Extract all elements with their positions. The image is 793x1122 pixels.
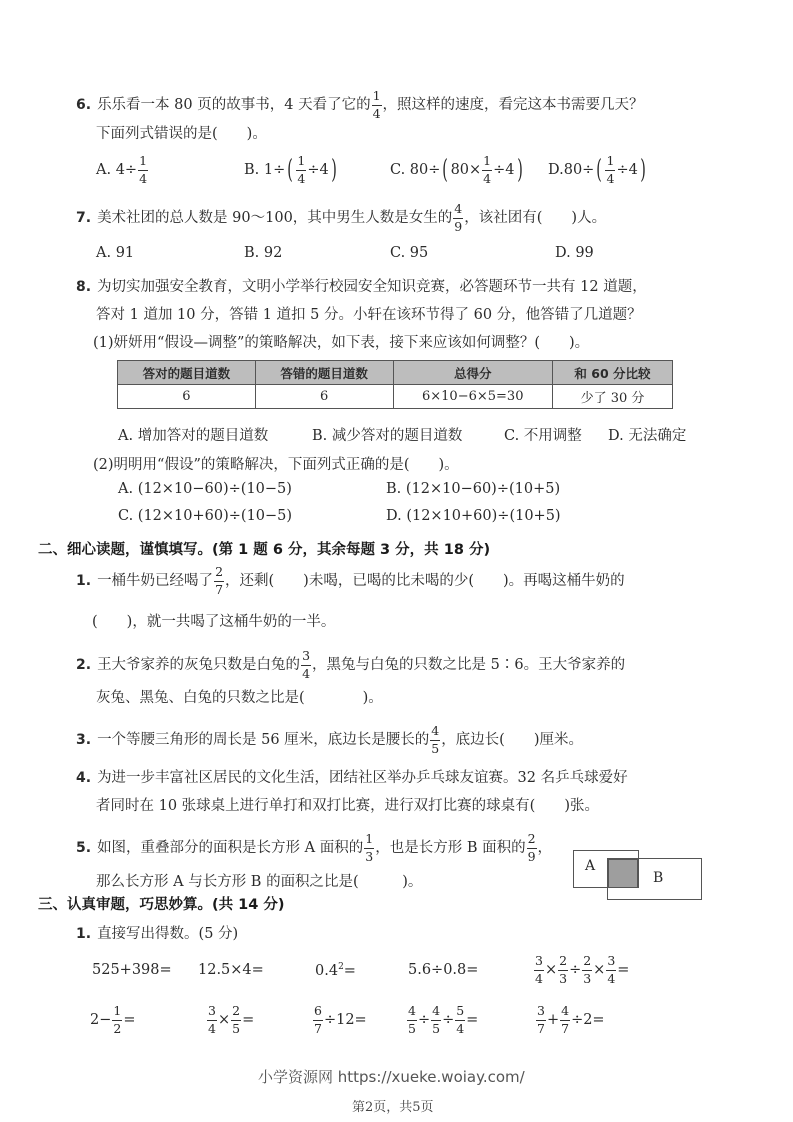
table-header: 答错的题目道数 [255, 361, 393, 385]
q6-option-d: D.80÷(14÷4) [548, 155, 648, 185]
s2-question-2-line2: 灰兔、黑兔、白兔的只数之比是( )。 [96, 686, 383, 707]
calc-item: 5.6÷0.8= [408, 962, 478, 978]
q8-sub2-option-d: D. (12×10+60)÷(10+5) [386, 508, 561, 524]
s2-question-5-line2: 那么长方形 A 与长方形 B 的面积之比是( )。 [96, 870, 422, 891]
q6-option-b: B. 1÷(14÷4) [244, 155, 339, 185]
question-7: 7.美术社团的总人数是 90～100，其中男生人数是女生的49，该社团有( )人… [76, 203, 606, 233]
page-number: 第2页，共5页 [352, 1096, 434, 1115]
q8-sub1-option-c: C. 不用调整 [504, 424, 582, 445]
table-header: 答对的题目道数 [118, 361, 256, 385]
q8-sub2-option-a: A. (12×10−60)÷(10−5) [118, 481, 292, 497]
table-cell: 6 [118, 385, 256, 409]
calc-item: 2−12= [90, 1005, 135, 1035]
label-a: A [585, 858, 595, 874]
question-8: 8.为切实加强安全教育，文明小学举行校园安全知识竞赛，必答题环节一共有 12 道… [76, 275, 647, 296]
question-6: 6.乐乐看一本 80 页的故事书，4 天看了它的14，照这样的速度，看完这本书需… [76, 90, 644, 120]
question-8-line2: 答对 1 道加 10 分，答错 1 道扣 5 分。小轩在该环节得了 60 分，他… [96, 303, 642, 324]
question-8-sub1: (1)妍妍用“假设—调整”的策略解决，如下表，接下来应该如何调整？( )。 [93, 331, 589, 352]
calc-item: 525+398= [92, 962, 172, 978]
calc-item: 0.42= [315, 962, 356, 979]
table-header: 总得分 [393, 361, 552, 385]
s3-question-1: 1.直接写出得数。(5 分) [76, 922, 238, 943]
s2-question-2: 2.王大爷家养的灰兔只数是白兔的34，黑兔与白兔的只数之比是 5∶6。王大爷家养… [76, 650, 625, 680]
calc-item: 45÷45÷54= [406, 1005, 478, 1035]
table-cell: 少了 30 分 [552, 385, 672, 409]
q8-sub2-option-c: C. (12×10+60)÷(10−5) [118, 508, 292, 524]
calc-item: 37+47÷2= [535, 1005, 605, 1035]
s2-question-1-line2: ( )，就一共喝了这桶牛奶的一半。 [92, 610, 335, 631]
section-3-title: 三、认真审题，巧思妙算。(共 14 分) [38, 893, 285, 914]
question-6-prompt: 下面列式错误的是( )。 [96, 122, 267, 143]
overlap-region [608, 859, 638, 888]
s2-question-4-line2: 者同时在 10 张球桌上进行单打和双打比赛，进行双打比赛的球桌有( )张。 [96, 794, 599, 815]
s2-question-4: 4.为进一步丰富社区居民的文化生活，团结社区举办乒乓球友谊赛。32 名乒乓球爱好 [76, 766, 628, 787]
table-header: 和 60 分比较 [552, 361, 672, 385]
q6-option-c: C. 80÷(80×14÷4) [390, 155, 525, 185]
s2-question-5: 5.如图，重叠部分的面积是长方形 A 面积的13，也是长方形 B 面积的29， [76, 833, 552, 863]
table-cell: 6 [255, 385, 393, 409]
q8-sub1-option-a: A. 增加答对的题目道数 [118, 424, 268, 445]
q7-option-d: D. 99 [555, 245, 594, 261]
q7-option-a: A. 91 [96, 245, 134, 261]
s2-question-3: 3.一个等腰三角形的周长是 56 厘米，底边长是腰长的45，底边长( )厘米。 [76, 725, 583, 755]
calc-item: 67÷12= [312, 1005, 367, 1035]
watermark-link[interactable]: 小学资源网 https://xueke.woiay.com/ [258, 1066, 525, 1087]
strategy-table: 答对的题目道数 答错的题目道数 总得分 和 60 分比较 6 6 6×10−6×… [117, 360, 673, 409]
q8-sub2-option-b: B. (12×10−60)÷(10+5) [386, 481, 560, 497]
calc-item: 34×23÷23×34= [533, 955, 629, 985]
q6-option-a: A. 4÷14 [96, 155, 149, 185]
section-2-title: 二、细心读题，谨慎填写。(第 1 题 6 分，其余每题 3 分，共 18 分) [38, 538, 490, 559]
calc-item: 34×25= [206, 1005, 254, 1035]
table-cell: 6×10−6×5=30 [393, 385, 552, 409]
fraction: 14 [372, 90, 382, 120]
calc-item: 12.5×4= [198, 962, 264, 978]
question-8-sub2: (2)明明用“假设”的策略解决，下面列式正确的是( )。 [93, 453, 459, 474]
q7-option-b: B. 92 [244, 245, 282, 261]
table-row: 6 6 6×10−6×5=30 少了 30 分 [118, 385, 673, 409]
q7-option-c: C. 95 [390, 245, 428, 261]
label-b: B [653, 870, 663, 886]
q8-sub1-option-b: B. 减少答对的题目道数 [312, 424, 462, 445]
q8-sub1-option-d: D. 无法确定 [608, 424, 686, 445]
s2-question-1: 1.一桶牛奶已经喝了27，还剩( )未喝，已喝的比未喝的少( )。再喝这桶牛奶的 [76, 566, 625, 596]
